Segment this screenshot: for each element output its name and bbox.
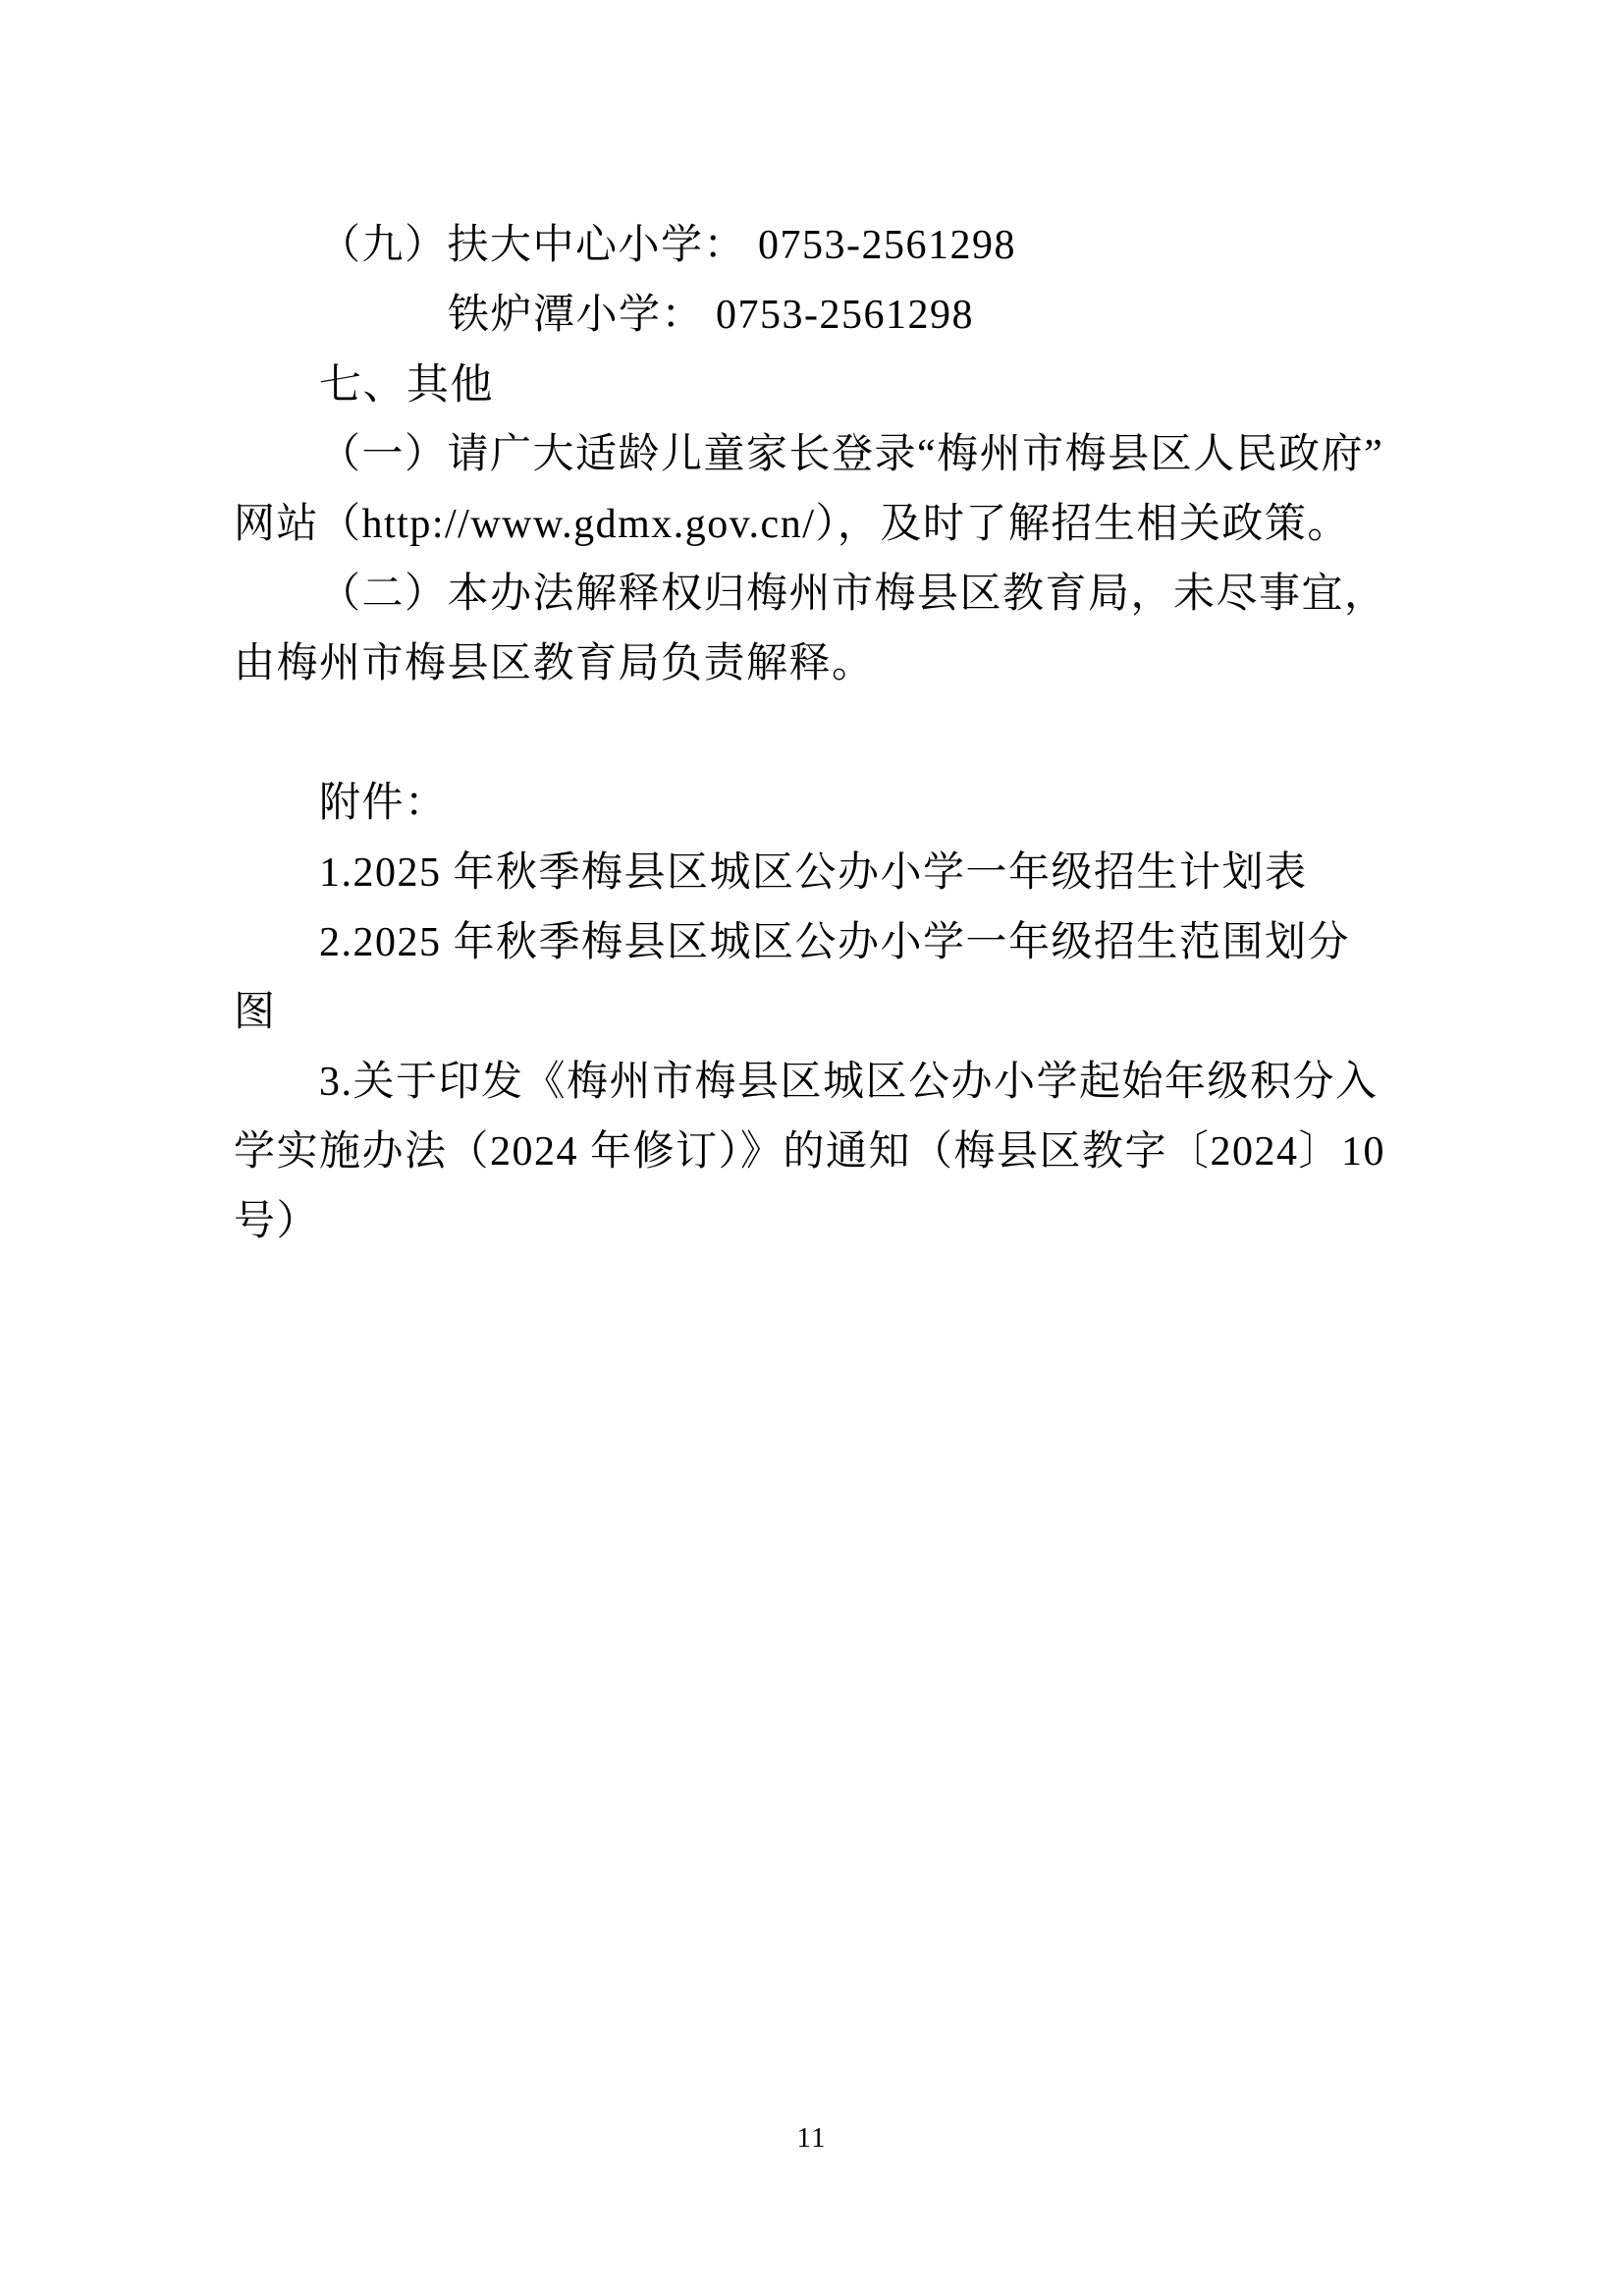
contact-line-futai: （九）扶大中心小学： 0753-2561298 <box>234 211 1490 281</box>
contact-line-tielutan: 铁炉潭小学： 0753-2561298 <box>234 281 1490 351</box>
document-page: （九）扶大中心小学： 0753-2561298 铁炉潭小学： 0753-2561… <box>0 0 1623 2296</box>
attachment-3-line-2: 学实施办法（2024 年修订）》的通知（梅县区教字〔2024〕10 <box>234 1118 1490 1187</box>
attachment-2-line-2: 图 <box>234 978 1490 1048</box>
attachments-label: 附件： <box>234 769 1490 839</box>
attachment-3-line-1: 3.关于印发《梅州市梅县区城区公办小学起始年级积分入 <box>234 1048 1490 1118</box>
paragraph-2-line-2: 由梅州市梅县区教育局负责解释。 <box>234 629 1490 699</box>
section-heading: 七、其他 <box>234 351 1490 420</box>
blank-line <box>234 699 1490 769</box>
attachment-2-line-1: 2.2025 年秋季梅县区城区公办小学一年级招生范围划分 <box>234 908 1490 978</box>
attachment-1-line: 1.2025 年秋季梅县区城区公办小学一年级招生计划表 <box>234 839 1490 908</box>
page-number: 11 <box>0 2121 1623 2155</box>
paragraph-1-line-1: （一）请广大适龄儿童家长登录“梅州市梅县区人民政府” <box>234 420 1490 490</box>
paragraph-2-line-1: （二）本办法解释权归梅州市梅县区教育局，未尽事宜， <box>234 560 1490 629</box>
attachment-3-line-3: 号） <box>234 1187 1490 1257</box>
document-body: （九）扶大中心小学： 0753-2561298 铁炉潭小学： 0753-2561… <box>234 211 1490 1257</box>
paragraph-1-line-2: 网站（http://www.gdmx.gov.cn/），及时了解招生相关政策。 <box>234 490 1490 560</box>
